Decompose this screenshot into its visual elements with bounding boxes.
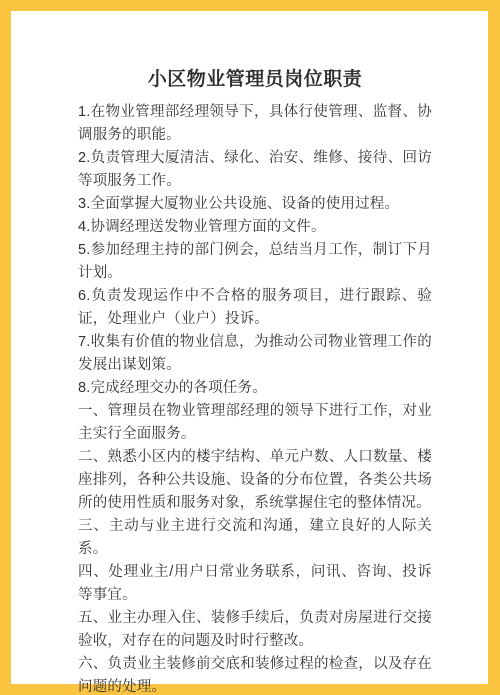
paragraph: 8.完成经理交办的各项任务。 [78,377,432,400]
paragraph: 6.负责发现运作中不合格的服务项目，进行跟踪、验证，处理业户（业户）投诉。 [78,285,432,331]
yellow-border-frame: 小区物业管理员岗位职责 1.在物业管理部经理领导下，具体行使管理、监督、协调服务… [0,0,500,695]
paragraph: 4.协调经理送发物业管理方面的文件。 [78,216,432,239]
paragraph: 1.在物业管理部经理领导下，具体行使管理、监督、协调服务的职能。 [78,101,432,147]
paragraph: 五、业主办理入住、装修手续后，负责对房屋进行交接验收，对存在的问题及时时行整改。 [78,607,432,653]
paragraph: 2.负责管理大厦清洁、绿化、治安、维修、接待、回访等项服务工作。 [78,147,432,193]
paragraph: 六、负责业主装修前交底和装修过程的检查，以及存在问题的处理。 [78,653,432,695]
document-content: 小区物业管理员岗位职责 1.在物业管理部经理领导下，具体行使管理、监督、协调服务… [78,69,432,695]
paragraph: 二、熟悉小区内的楼宇结构、单元户数、人口数量、楼座排列，各种公共设施、设备的分布… [78,446,432,515]
paragraph: 3.全面掌握大厦物业公共设施、设备的使用过程。 [78,193,432,216]
document-body: 1.在物业管理部经理领导下，具体行使管理、监督、协调服务的职能。2.负责管理大厦… [78,101,432,695]
paragraph: 一、管理员在物业管理部经理的领导下进行工作，对业主实行全面服务。 [78,400,432,446]
paragraph: 7.收集有价值的物业信息，为推动公司物业管理工作的发展出谋划策。 [78,331,432,377]
paragraph: 三、主动与业主进行交流和沟通，建立良好的人际关系。 [78,515,432,561]
paragraph: 5.参加经理主持的部门例会，总结当月工作，制订下月计划。 [78,239,432,285]
document-title: 小区物业管理员岗位职责 [78,69,432,91]
document-page: 小区物业管理员岗位职责 1.在物业管理部经理领导下，具体行使管理、监督、协调服务… [11,11,488,684]
paragraph: 四、处理业主/用户日常业务联系，问讯、咨询、投诉等事宜。 [78,561,432,607]
